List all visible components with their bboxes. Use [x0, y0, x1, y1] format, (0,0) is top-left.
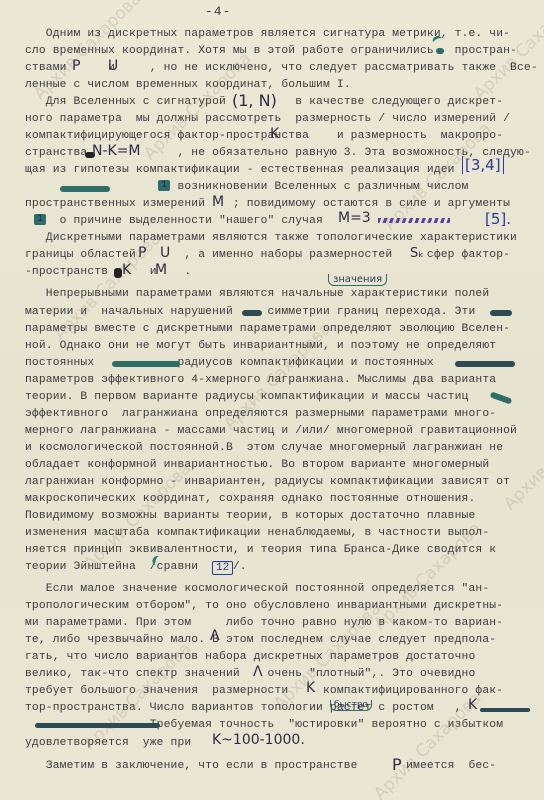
handwritten-S-k: Sₖ: [410, 246, 424, 261]
text-line: ми параметрами. При этом либо точно равн…: [25, 617, 503, 629]
green-strikeout: [490, 391, 513, 404]
insertion-values: значения: [328, 274, 387, 286]
text-line: гать, что число вариантов набора дискрет…: [25, 651, 475, 663]
reference-12-box: 12: [212, 561, 233, 575]
purple-strikeout: [378, 218, 450, 223]
text-line: требует большого значения размерности ко…: [25, 685, 503, 697]
text-line: удовлетворяется уже при: [25, 737, 191, 749]
reference-1-box: 1: [34, 214, 46, 225]
handwritten-K: K: [306, 680, 315, 696]
ink-strikeout: [35, 723, 160, 728]
green-strikeout: [436, 48, 444, 54]
text-line: параметры вместе с дискретными параметра…: [25, 323, 510, 335]
handwritten-Lambda: Λ: [253, 664, 263, 680]
text-line: изменения масштаба компактификации ненаб…: [25, 527, 489, 539]
text-line: те, либо чрезвычайно мало. В этом послед…: [25, 634, 496, 646]
handwritten-P: P: [72, 58, 80, 74]
reference-3-4: [3,4]: [462, 156, 504, 174]
handwritten-U: U: [160, 245, 170, 261]
text-line: пространственных измерений ; повидимому …: [25, 198, 510, 210]
handwritten-P: P: [138, 245, 146, 261]
handwritten-M: M: [212, 194, 224, 210]
handwritten-K: K: [122, 262, 131, 278]
ink-strikeout: [242, 310, 262, 316]
text-line: ленные с числом временных координат, бол…: [25, 79, 351, 91]
watermark: Архив Сахарова: [500, 399, 544, 515]
handwritten-N-K-M: N-K=M: [92, 143, 141, 159]
insertion-fast: быстро: [330, 700, 372, 711]
ink-blot: [114, 268, 122, 278]
text-line: Дискретными параметрами являются также т…: [25, 232, 517, 244]
text-line: эффективного лагранжиана определяются ра…: [25, 408, 496, 420]
text-line: параметров эффективного 4-хмерного лагра…: [25, 374, 496, 386]
text-line: теории. В первом варианте радиусы компак…: [25, 391, 468, 403]
text-line: няется принцип эквивалентности, и теория…: [25, 544, 496, 556]
green-strikeout: [60, 186, 110, 192]
text-line: Заметим в заключение, что если в простра…: [25, 760, 496, 772]
handwritten-M-equals-3: M=3: [338, 210, 371, 226]
text-line: границы областей , а именно наборы разме…: [25, 249, 510, 261]
ink-strikeout: [480, 708, 530, 712]
green-strikeout: [112, 361, 180, 367]
text-line: тор-пространства. Число вариантов тополо…: [25, 702, 462, 714]
text-line: щая из гипотезы компактификации - естест…: [25, 164, 455, 176]
text-line: ной. Однако они не могут быть инвариантн…: [25, 340, 496, 352]
handwritten-M: M: [155, 262, 167, 278]
text-line: о причине выделенности "нашего" случая: [25, 215, 323, 227]
handwritten-K: K: [270, 126, 279, 142]
page-number: -4-: [205, 4, 231, 19]
text-line: лагранжиан конформно - инвариантен, ради…: [25, 476, 510, 488]
handwritten-U: U: [108, 58, 118, 74]
text-line: тропологическим отбором", то оно обуслов…: [25, 600, 503, 612]
text-line: ствами и , но не исключено, что следует …: [25, 62, 538, 74]
text-line: макроскопических координат, сохраняя одн…: [25, 493, 475, 505]
text-line: постоянных радиусов компактификации и по…: [25, 357, 434, 369]
handwritten-K-range: K~100-1000.: [212, 732, 305, 748]
text-line: Непрерывными параметрами являются началь…: [25, 288, 489, 300]
ink-strikeout: [455, 361, 515, 367]
text-line: ного параметра мы должны рассмотреть раз…: [25, 113, 510, 125]
handwritten-K: K: [468, 697, 477, 713]
text-line: обладает конформной инвариантностью. Во …: [25, 459, 489, 471]
text-line: мерного лагранжиана - массами частиц и /…: [25, 425, 517, 437]
text-line: велико, так-что спектр значений очень "п…: [25, 668, 475, 680]
reference-5: [5].: [485, 210, 511, 228]
document-page: Архив Сахарова Архив Сахарова Архив Саха…: [0, 0, 544, 800]
reference-1-box: 1: [158, 180, 170, 191]
handwritten-P: P: [392, 755, 402, 774]
ink-strikeout: [490, 310, 512, 316]
text-line: Если малое значение космологической пост…: [25, 583, 489, 595]
text-line: компактифицирующегося фактор-пространств…: [25, 130, 503, 142]
text-line: и космологической постоянной.В этом случ…: [25, 442, 503, 454]
handwritten-signature: (1, N): [232, 91, 277, 110]
text-line: Повидимому возможны варианты теории, в к…: [25, 510, 475, 522]
handwritten-Lambda: Λ: [210, 628, 220, 644]
